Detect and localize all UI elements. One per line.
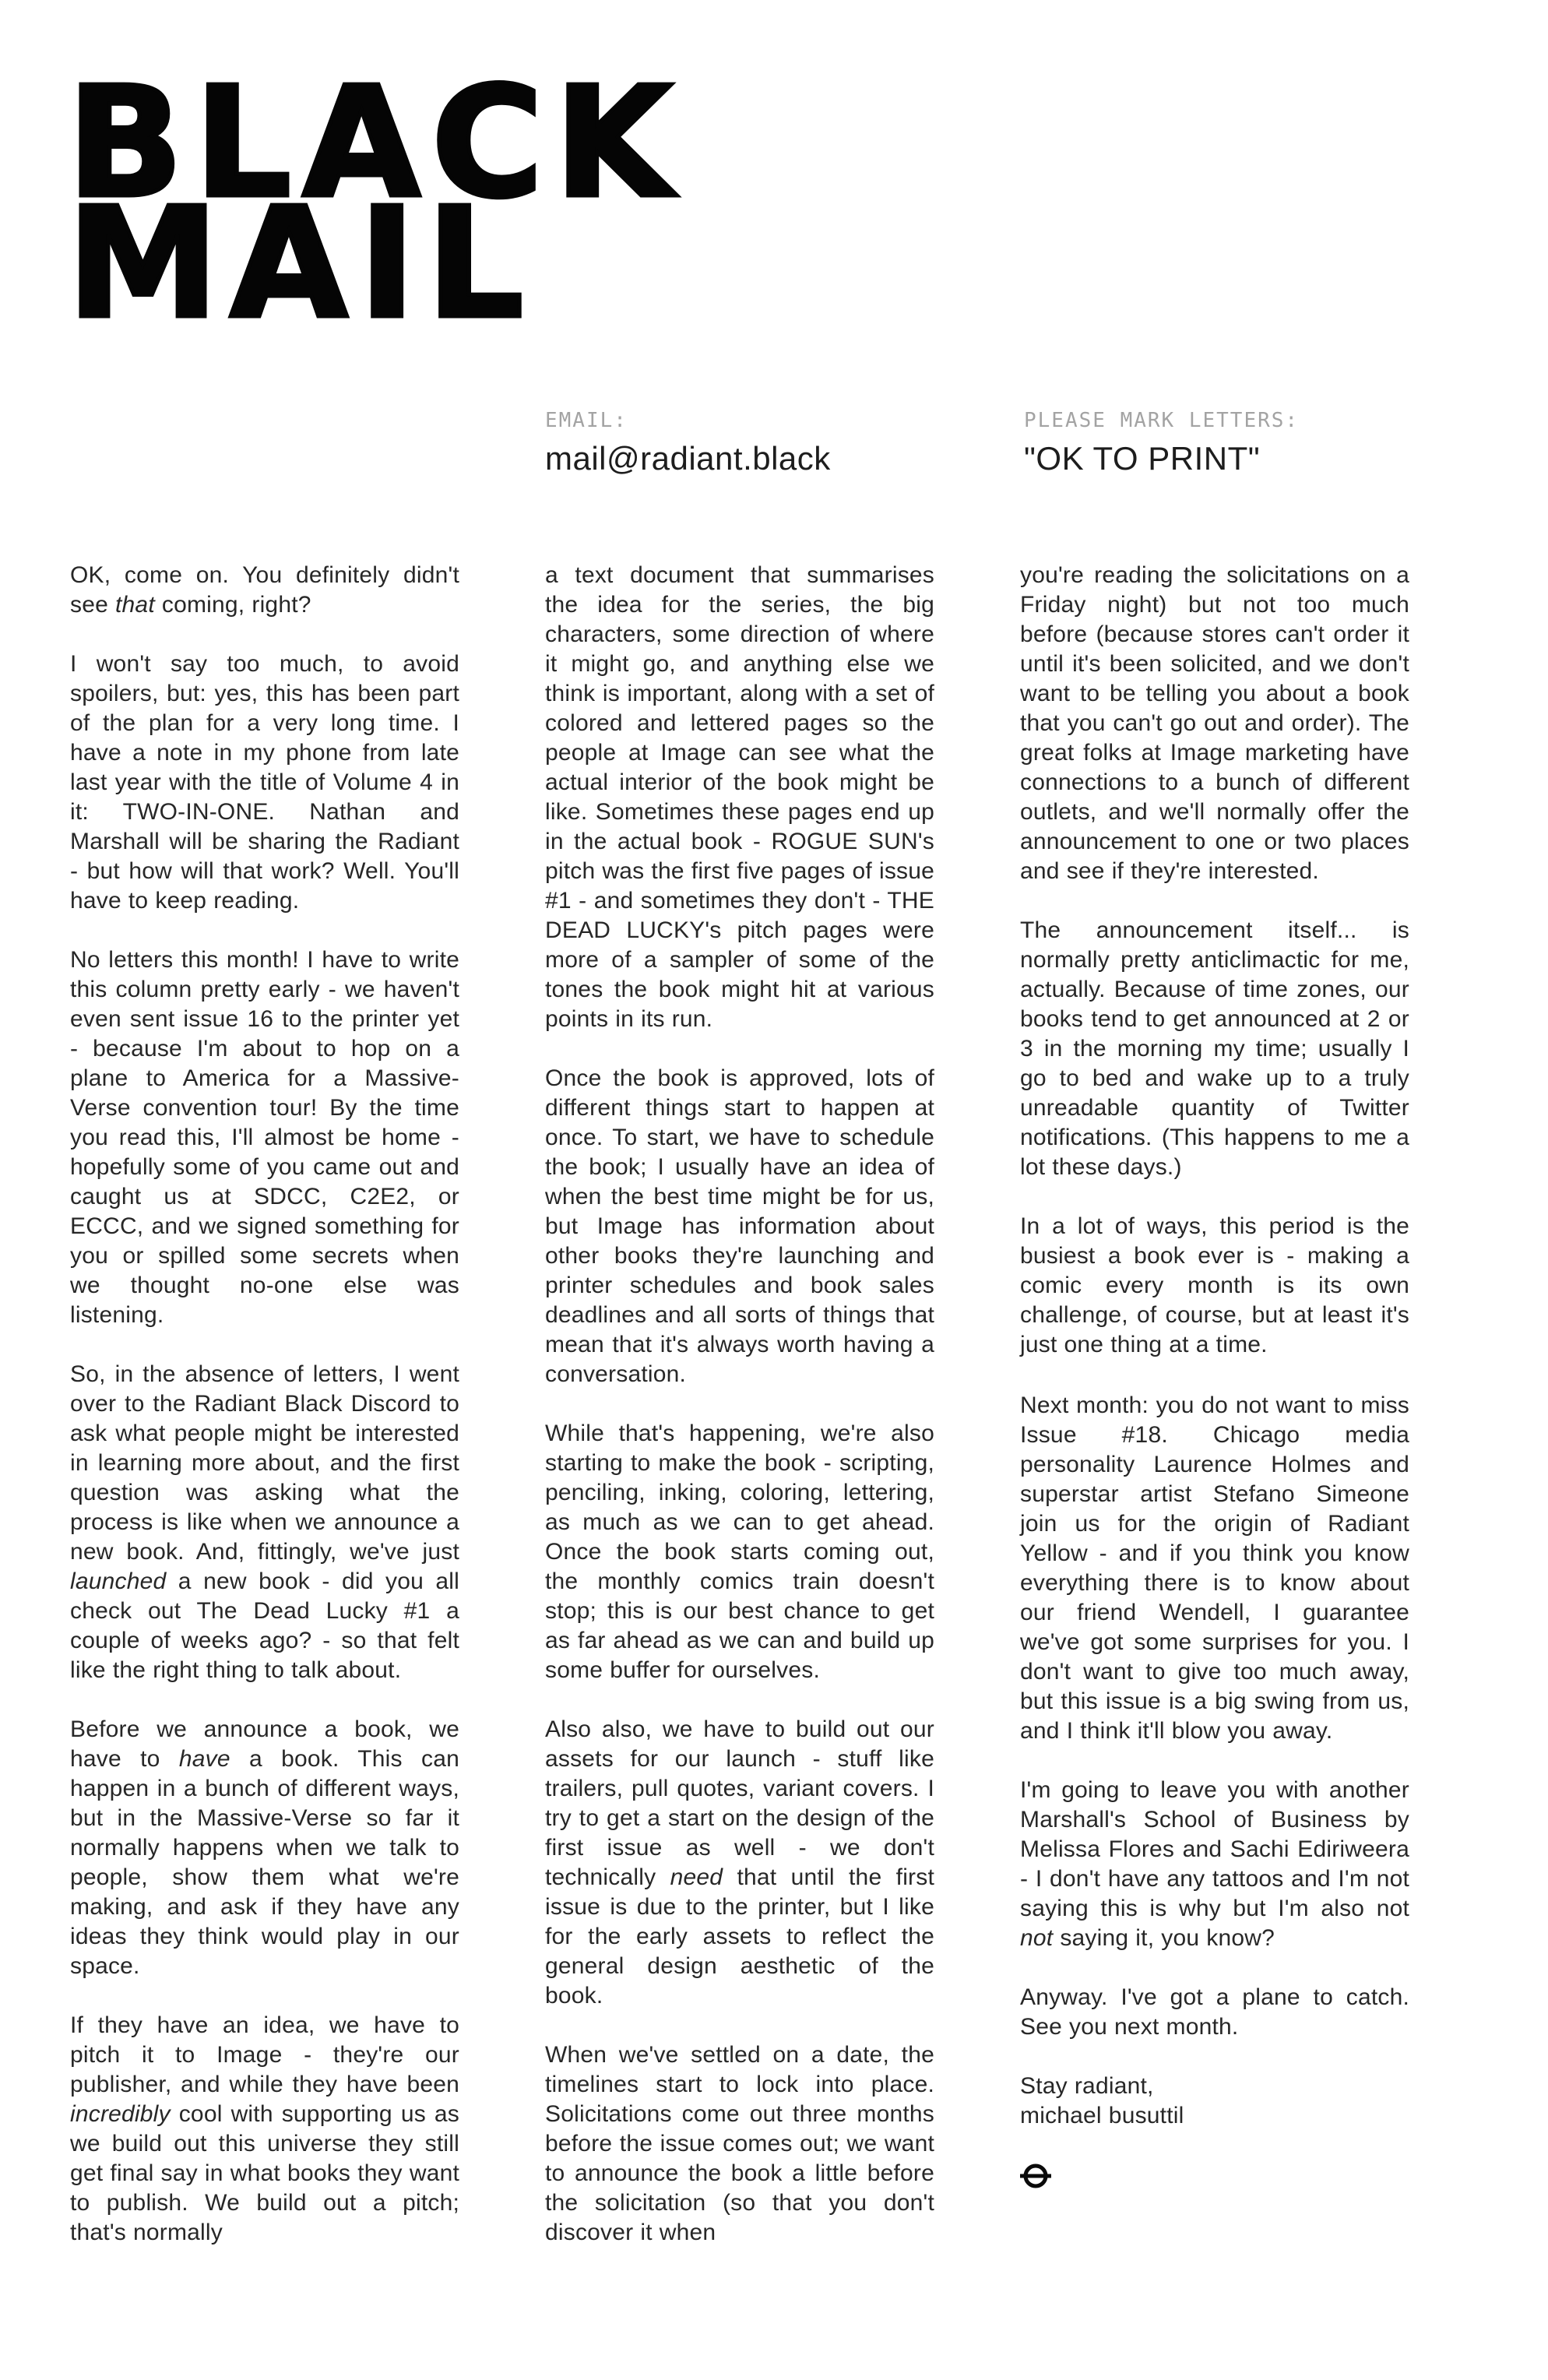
paragraph: The announcement itself... is normally p…	[1020, 916, 1409, 1182]
mark-letters-block: PLEASE MARK LETTERS: "OK TO PRINT"	[1024, 409, 1299, 477]
email-label: EMAIL:	[545, 409, 831, 432]
paragraph: you're reading the solicitations on a Fr…	[1020, 561, 1409, 886]
email-address: mail@radiant.black	[545, 440, 831, 477]
letter-columns: OK, come on. You definitely didn't see t…	[70, 561, 1409, 2277]
paragraph: In a lot of ways, this period is the bus…	[1020, 1212, 1409, 1360]
paragraph: Before we announce a book, we have to ha…	[70, 1715, 459, 1981]
letters-column-2: a text document that summarises the idea…	[545, 561, 934, 2277]
letters-column-3: you're reading the solicitations on a Fr…	[1020, 561, 1409, 2277]
email-block: EMAIL: mail@radiant.black	[545, 409, 831, 477]
letters-page: BLACK MAIL EMAIL: mail@radiant.black PLE…	[0, 0, 1548, 2380]
mark-letters-label: PLEASE MARK LETTERS:	[1024, 409, 1299, 432]
mark-letters-value: "OK TO PRINT"	[1024, 440, 1299, 477]
paragraph: So, in the absence of letters, I went ov…	[70, 1360, 459, 1685]
paragraph: a text document that summarises the idea…	[545, 561, 934, 1034]
paragraph: When we've settled on a date, the timeli…	[545, 2040, 934, 2248]
paragraph: Anyway. I've got a plane to catch. See y…	[1020, 1983, 1409, 2042]
paragraph: While that's happening, we're also start…	[545, 1419, 934, 1685]
letters-column-1: OK, come on. You definitely didn't see t…	[70, 561, 459, 2277]
page-title: BLACK MAIL	[67, 83, 684, 325]
signature: Stay radiant,michael busuttil	[1020, 2072, 1409, 2131]
paragraph: I'm going to leave you with another Mars…	[1020, 1776, 1409, 1953]
paragraph: Next month: you do not want to miss Issu…	[1020, 1391, 1409, 1746]
paragraph: OK, come on. You definitely didn't see t…	[70, 561, 459, 620]
paragraph: No letters this month! I have to write t…	[70, 945, 459, 1330]
paragraph: Once the book is approved, lots of diffe…	[545, 1064, 934, 1389]
paragraph: Also also, we have to build out our asse…	[545, 1715, 934, 2011]
paragraph: I won't say too much, to avoid spoilers,…	[70, 650, 459, 916]
end-of-letters-icon	[1020, 2162, 1051, 2190]
paragraph: If they have an idea, we have to pitch i…	[70, 2011, 459, 2248]
